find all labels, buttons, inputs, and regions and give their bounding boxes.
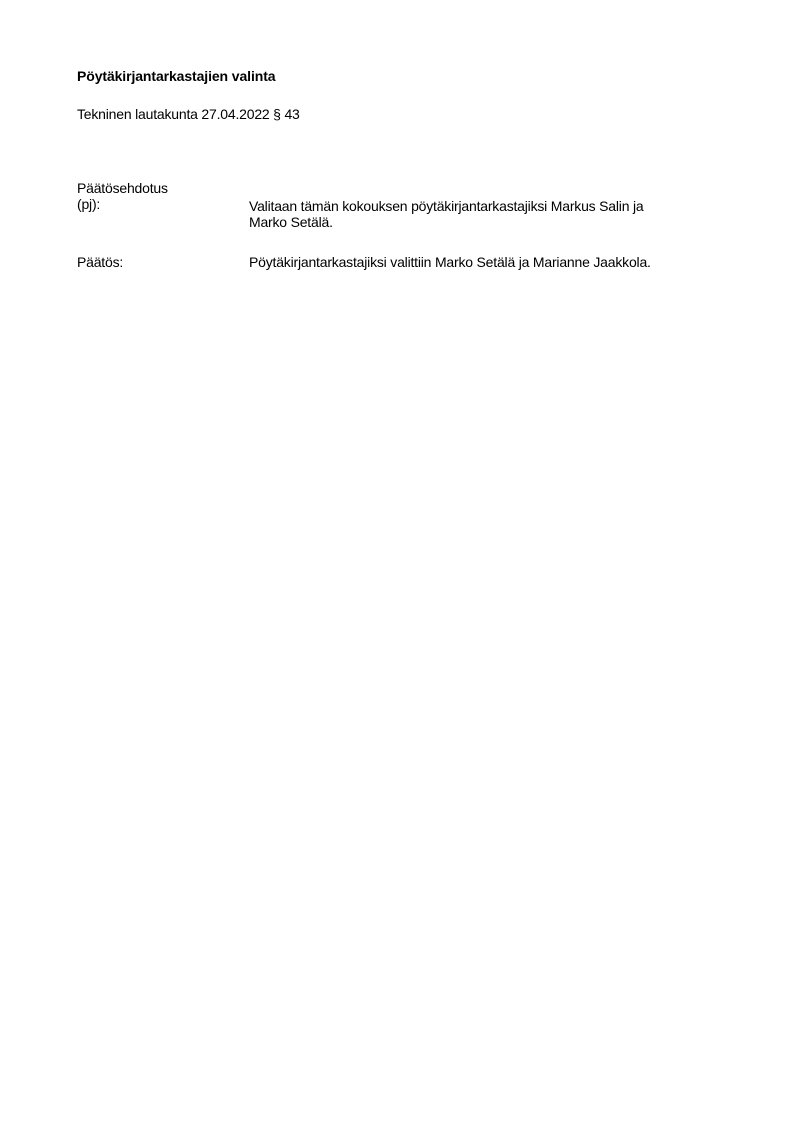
meeting-info: Tekninen lautakunta 27.04.2022 § 43 xyxy=(77,106,300,122)
proposal-text-line1: Valitaan tämän kokouksen pöytäkirjantark… xyxy=(249,198,739,214)
proposal-text: Valitaan tämän kokouksen pöytäkirjantark… xyxy=(249,198,739,230)
proposal-label-line1: Päätösehdotus xyxy=(77,180,247,196)
decision-text: Pöytäkirjantarkastajiksi valittiin Marko… xyxy=(249,254,651,270)
proposal-label-line2: (pj): xyxy=(77,196,247,212)
proposal-label: Päätösehdotus (pj): xyxy=(77,180,247,212)
document-title: Pöytäkirjantarkastajien valinta xyxy=(77,68,275,84)
proposal-text-line2: Marko Setälä. xyxy=(249,214,739,230)
decision-label: Päätös: xyxy=(77,254,247,270)
